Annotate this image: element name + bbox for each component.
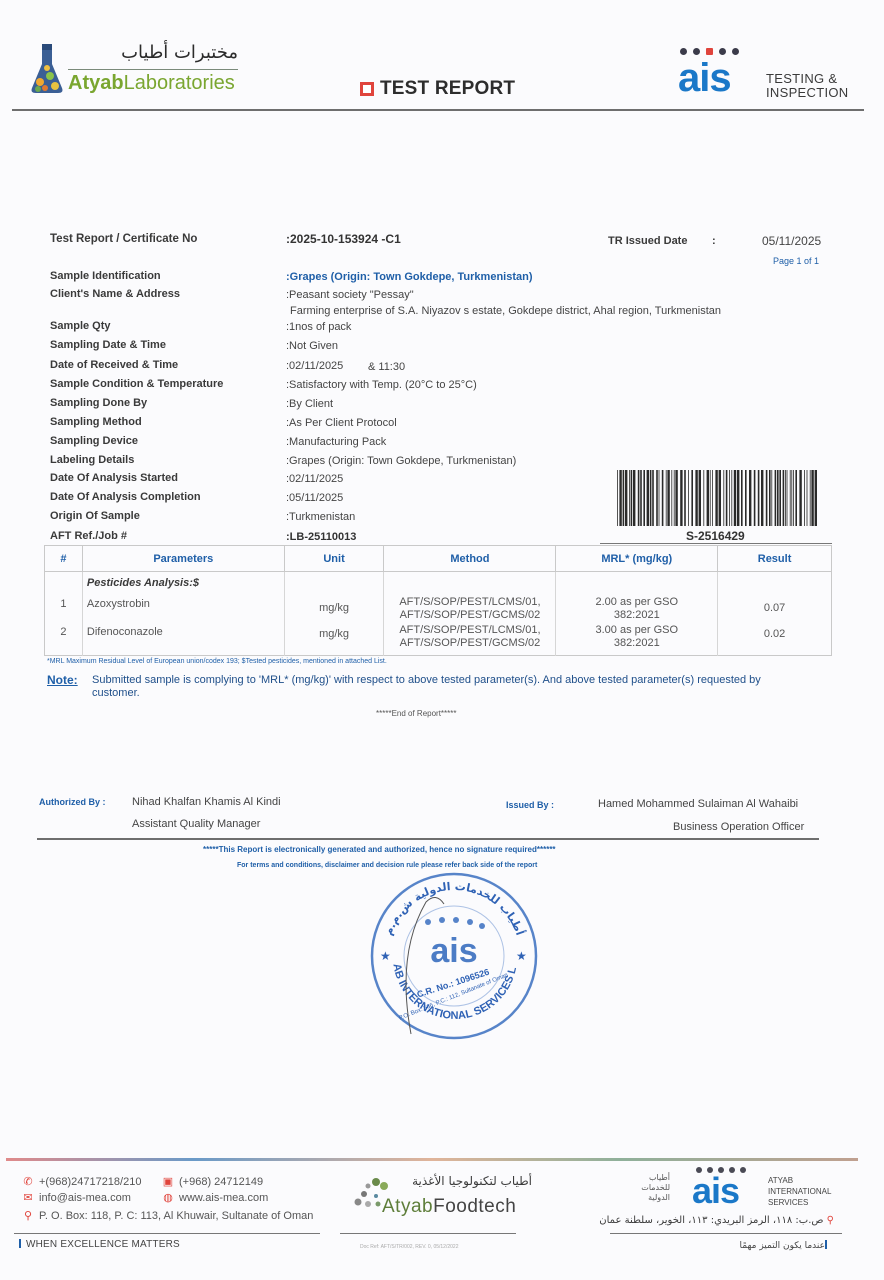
- barcode-image: [615, 470, 817, 526]
- issued-by-name: Hamed Mohammed Sulaiman Al Wahaibi: [598, 798, 798, 810]
- field-value-line2: Farming enterprise of S.A. Niyazov s est…: [290, 305, 721, 317]
- method-line2: AFT/S/SOP/PEST/GCMS/02: [384, 637, 555, 650]
- field-label: Sampling Device: [50, 435, 138, 447]
- foodtech-name-rest: Foodtech: [433, 1196, 516, 1217]
- col-header-unit: Unit: [284, 546, 384, 572]
- field-value: :Turkmenistan: [286, 511, 355, 523]
- foodtech-arabic-name: أطياب لتكنولوجيا الأغذية: [402, 1174, 532, 1188]
- barcode-number: S-2516429: [686, 529, 745, 543]
- row-parameter: Difenoconazole: [82, 624, 284, 656]
- mrl-line1: 2.00 as per GSO: [556, 596, 717, 609]
- field-label: Client's Name & Address: [50, 288, 180, 300]
- received-time: & 11:30: [368, 361, 405, 373]
- field-value: :05/11/2025: [286, 492, 343, 504]
- footer-divider-right: [610, 1233, 842, 1234]
- field-value: :By Client: [286, 398, 333, 410]
- svg-text:أطياب للخدمات الدولية ش.م.م: أطياب للخدمات الدولية ش.م.م: [382, 880, 528, 937]
- row-mrl: 2.00 as per GSO 382:2021: [556, 592, 718, 624]
- results-table: # Parameters Unit Method MRL* (mg/kg) Re…: [44, 545, 832, 656]
- field-label: Sampling Done By: [50, 397, 147, 409]
- issued-date-label: TR Issued Date: [608, 235, 687, 247]
- table-footnote: *MRL Maximum Residual Level of European …: [47, 658, 387, 665]
- field-value: :02/11/2025: [286, 473, 343, 485]
- atyab-foodtech-logo: أطياب لتكنولوجيا الأغذية AtyabFoodtech: [354, 1172, 534, 1222]
- row-method: AFT/S/SOP/PEST/LCMS/01, AFT/S/SOP/PEST/G…: [384, 624, 556, 656]
- test-report-page: مختبرات أطياب AtyabLaboratories TEST REP…: [0, 0, 884, 1280]
- mrl-line2: 382:2021: [556, 609, 717, 622]
- authorized-by-name: Nihad Khalfan Khamis Al Kindi: [132, 796, 281, 808]
- field-label: AFT Ref./Job #: [50, 530, 127, 542]
- phone-icon: ✆: [22, 1175, 34, 1188]
- field-label: Date Of Analysis Started: [50, 472, 178, 484]
- fax-icon: ▣: [162, 1175, 174, 1188]
- flask-icon: [30, 44, 64, 94]
- footer-tagline-ar: عندما يكون التميز مهمًا: [706, 1240, 832, 1251]
- issued-date-colon: :: [712, 235, 716, 247]
- mrl-line1: 3.00 as per GSO: [556, 624, 717, 637]
- ais-footer-logo: أطياب للخدمات الدولية ais ATYAB INTERNAT…: [620, 1165, 850, 1213]
- row-result: 0.07: [718, 592, 832, 624]
- field-value: :Peasant society "Pessay": [286, 289, 414, 301]
- field-label: Sample Condition & Temperature: [50, 378, 223, 390]
- mail-icon: ✉: [22, 1191, 34, 1204]
- lab-name-rest: Laboratories: [124, 72, 235, 94]
- row-unit: mg/kg: [284, 624, 384, 656]
- field-value: :02/11/2025: [286, 360, 343, 372]
- company-stamp: أطياب للخدمات الدولية ش.م.م ATYAB INTERN…: [366, 864, 542, 1044]
- field-value: :Not Given: [286, 340, 338, 352]
- method-line1: AFT/S/SOP/PEST/LCMS/01,: [384, 596, 555, 609]
- document-reference: Doc Ref: AFT/S/TR/002, REV. 0, 05/12/202…: [360, 1244, 458, 1250]
- arabic-address-text: ص.ب: ١١٨، الرمز البريدي: ١١٣، الخوير، سل…: [599, 1215, 823, 1226]
- group-name: Pesticides Analysis:$: [82, 572, 284, 592]
- field-label: Date Of Analysis Completion: [50, 491, 201, 503]
- header-divider: [12, 109, 864, 111]
- note-text: Submitted sample is complying to 'MRL* (…: [92, 674, 782, 700]
- lab-arabic-name: مختبرات أطياب: [68, 42, 238, 63]
- footer-phone: ✆+(968)24717218/210: [22, 1175, 141, 1188]
- group-cell-empty: [45, 572, 83, 592]
- foodtech-name: AtyabFoodtech: [382, 1196, 516, 1218]
- footer-email[interactable]: ✉info@ais-mea.com: [22, 1191, 131, 1204]
- ais-logo: ais TESTING & INSPECTION: [678, 48, 858, 104]
- field-label: Origin Of Sample: [50, 510, 140, 522]
- title-text: TEST REPORT: [380, 78, 515, 100]
- authorized-by-label: Authorized By :: [39, 797, 106, 807]
- ais-footer-arabic: أطياب للخدمات الدولية: [620, 1173, 670, 1203]
- field-label: Sample Qty: [50, 320, 111, 332]
- end-of-report: *****End of Report*****: [376, 709, 457, 718]
- footer-fax: ▣(+968) 24712149: [162, 1175, 263, 1188]
- method-line2: AFT/S/SOP/PEST/GCMS/02: [384, 609, 555, 622]
- logo-divider: [68, 69, 238, 70]
- group-cell-empty: [718, 572, 832, 592]
- col-header-method: Method: [384, 546, 556, 572]
- row-parameter: Azoxystrobin: [82, 592, 284, 624]
- field-value: :As Per Client Protocol: [286, 417, 397, 429]
- square-icon: [360, 82, 374, 96]
- issued-date: 05/11/2025: [762, 234, 821, 248]
- stamp-top-text: أطياب للخدمات الدولية ش.م.م: [382, 880, 528, 937]
- foodtech-name-bold: Atyab: [382, 1196, 433, 1217]
- col-header-mrl: MRL* (mg/kg): [556, 546, 718, 572]
- stamp-star-left: ★: [380, 949, 391, 963]
- page-number: Page 1 of 1: [773, 256, 819, 266]
- group-cell-empty: [556, 572, 718, 592]
- field-value: :Satisfactory with Temp. (20°C to 25°C): [286, 379, 477, 391]
- ais-footer-wordmark: ais: [692, 1171, 739, 1211]
- ais-wordmark: ais: [678, 56, 731, 100]
- table-row: 1 Azoxystrobin mg/kg AFT/S/SOP/PEST/LCMS…: [45, 592, 832, 624]
- lab-name: AtyabLaboratories: [68, 72, 235, 95]
- ais-footer-name-3: SERVICES: [768, 1197, 831, 1208]
- footer-divider-left: [14, 1233, 320, 1234]
- field-label: Labeling Details: [50, 454, 134, 466]
- col-header-result: Result: [718, 546, 832, 572]
- note-label: Note:: [47, 673, 78, 687]
- barcode-divider: [600, 543, 832, 544]
- email-text[interactable]: info@ais-mea.com: [39, 1192, 131, 1204]
- footer-tagline-en: WHEN EXCELLENCE MATTERS: [19, 1239, 180, 1250]
- field-value: :LB-25110013: [286, 531, 356, 543]
- ais-tagline-line1: TESTING &: [766, 72, 848, 86]
- issued-by-title: Business Operation Officer: [673, 821, 804, 833]
- field-label: Sampling Method: [50, 416, 142, 428]
- location-pin-icon: ⚲: [827, 1215, 834, 1226]
- field-value: :Grapes (Origin: Town Gokdepe, Turkmenis…: [286, 271, 533, 283]
- cert-number: :2025-10-153924 -C1: [286, 232, 401, 246]
- group-cell-empty: [384, 572, 556, 592]
- table-group-row: Pesticides Analysis:$: [45, 572, 832, 592]
- field-value: :Manufacturing Pack: [286, 436, 386, 448]
- col-header-number: #: [45, 546, 83, 572]
- table-row: 2 Difenoconazole mg/kg AFT/S/SOP/PEST/LC…: [45, 624, 832, 656]
- footer-gradient-line: [6, 1158, 858, 1161]
- field-value: :Grapes (Origin: Town Gokdepe, Turkmenis…: [286, 455, 516, 467]
- website-text[interactable]: www.ais-mea.com: [179, 1192, 268, 1204]
- ais-footer-name-1: ATYAB: [768, 1175, 831, 1186]
- method-line1: AFT/S/SOP/PEST/LCMS/01,: [384, 624, 555, 637]
- row-result: 0.02: [718, 624, 832, 656]
- globe-icon: ◍: [162, 1191, 174, 1204]
- field-label: Sampling Date & Time: [50, 339, 166, 351]
- lab-name-bold: Atyab: [68, 72, 124, 94]
- ais-tagline-line2: INSPECTION: [766, 86, 848, 100]
- footer-arabic-address: ⚲ ص.ب: ١١٨، الرمز البريدي: ١١٣، الخوير، …: [612, 1215, 834, 1226]
- stamp-logo: ais: [430, 932, 477, 970]
- field-value: :1nos of pack: [286, 321, 351, 333]
- location-pin-icon: ⚲: [22, 1209, 34, 1222]
- footer-divider-center: [340, 1233, 516, 1234]
- footer-website[interactable]: ◍www.ais-mea.com: [162, 1191, 268, 1204]
- row-number: 1: [45, 592, 83, 624]
- field-label: Date of Received & Time: [50, 359, 178, 371]
- ais-dots-icon: [680, 48, 739, 55]
- page-title: TEST REPORT: [360, 78, 515, 100]
- field-label: Sample Identification: [50, 270, 161, 282]
- row-number: 2: [45, 624, 83, 656]
- group-cell-empty: [284, 572, 384, 592]
- atyab-laboratories-logo: مختبرات أطياب AtyabLaboratories: [28, 42, 243, 98]
- ais-footer-name: ATYAB INTERNATIONAL SERVICES: [768, 1175, 831, 1208]
- row-unit: mg/kg: [284, 592, 384, 624]
- mrl-line2: 382:2021: [556, 637, 717, 650]
- authorized-by-title: Assistant Quality Manager: [132, 818, 260, 830]
- col-header-parameters: Parameters: [82, 546, 284, 572]
- table-header-row: # Parameters Unit Method MRL* (mg/kg) Re…: [45, 546, 832, 572]
- signature-divider: [37, 838, 819, 840]
- issued-by-label: Issued By :: [506, 800, 554, 810]
- phone-text: +(968)24717218/210: [39, 1176, 141, 1188]
- stamp-star-right: ★: [516, 949, 527, 963]
- electronic-generation-note: *****This Report is electronically gener…: [203, 845, 556, 854]
- cert-label: Test Report / Certificate No: [50, 233, 197, 245]
- fax-text: (+968) 24712149: [179, 1176, 263, 1188]
- footer-address: ⚲P. O. Box: 118, P. C: 113, Al Khuwair, …: [22, 1209, 313, 1222]
- ais-footer-name-2: INTERNATIONAL: [768, 1186, 831, 1197]
- row-method: AFT/S/SOP/PEST/LCMS/01, AFT/S/SOP/PEST/G…: [384, 592, 556, 624]
- row-mrl: 3.00 as per GSO 382:2021: [556, 624, 718, 656]
- ais-tagline: TESTING & INSPECTION: [766, 72, 848, 100]
- address-text: P. O. Box: 118, P. C: 113, Al Khuwair, S…: [39, 1210, 313, 1222]
